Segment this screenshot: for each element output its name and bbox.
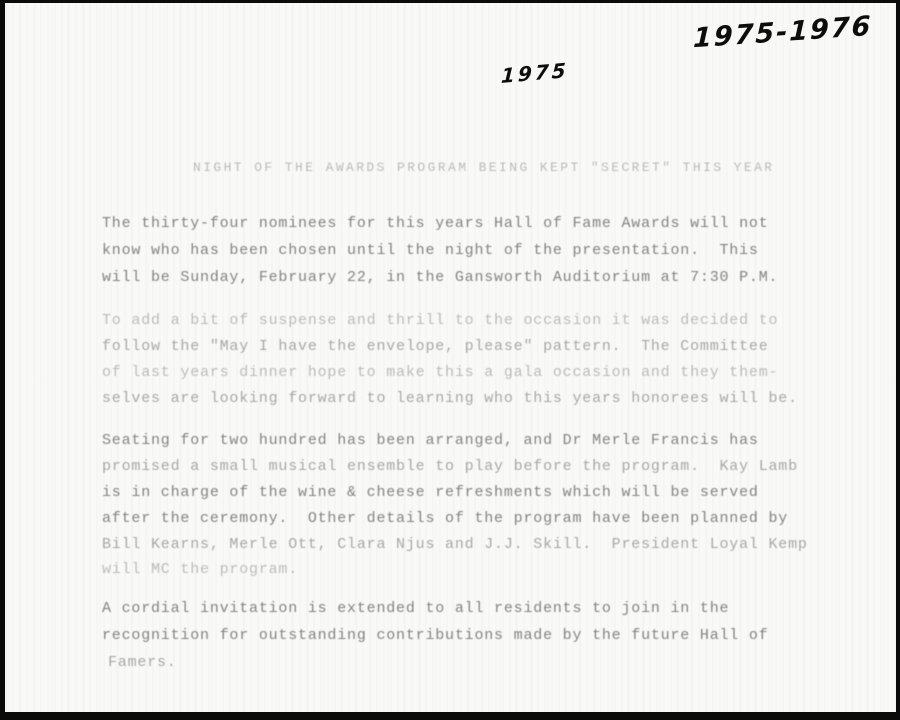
text-line: will be Sunday, February 22, in the Gans…	[102, 269, 778, 286]
text-line: Bill Kearns, Merle Ott, Clara Njus and J…	[102, 536, 808, 553]
text-line: Famers.	[108, 654, 177, 671]
text-line: of last years dinner hope to make this a…	[102, 364, 778, 381]
text-line: promised a small musical ensemble to pla…	[102, 458, 798, 475]
text-line: is in charge of the wine & cheese refres…	[102, 484, 759, 501]
text-line: know who has been chosen until the night…	[102, 242, 759, 259]
text-line: will MC the program.	[102, 561, 298, 578]
document-title: NIGHT OF THE AWARDS PROGRAM BEING KEPT "…	[193, 160, 713, 175]
text-line: recognition for outstanding contribution…	[102, 627, 769, 644]
text-line: selves are looking forward to learning w…	[102, 390, 798, 407]
text-line: To add a bit of suspense and thrill to t…	[102, 312, 778, 329]
text-line: after the ceremony. Other details of the…	[102, 510, 788, 527]
text-line: follow the "May I have the envelope, ple…	[102, 338, 769, 355]
text-line: The thirty-four nominees for this years …	[102, 215, 769, 232]
handwritten-year: 1975	[500, 58, 569, 88]
scanned-document-page: 1975-1976 1975 NIGHT OF THE AWARDS PROGR…	[0, 0, 900, 720]
handwritten-year-range: 1975-1976	[693, 11, 873, 55]
text-line: Seating for two hundred has been arrange…	[102, 432, 759, 449]
text-line: A cordial invitation is extended to all …	[102, 600, 729, 617]
